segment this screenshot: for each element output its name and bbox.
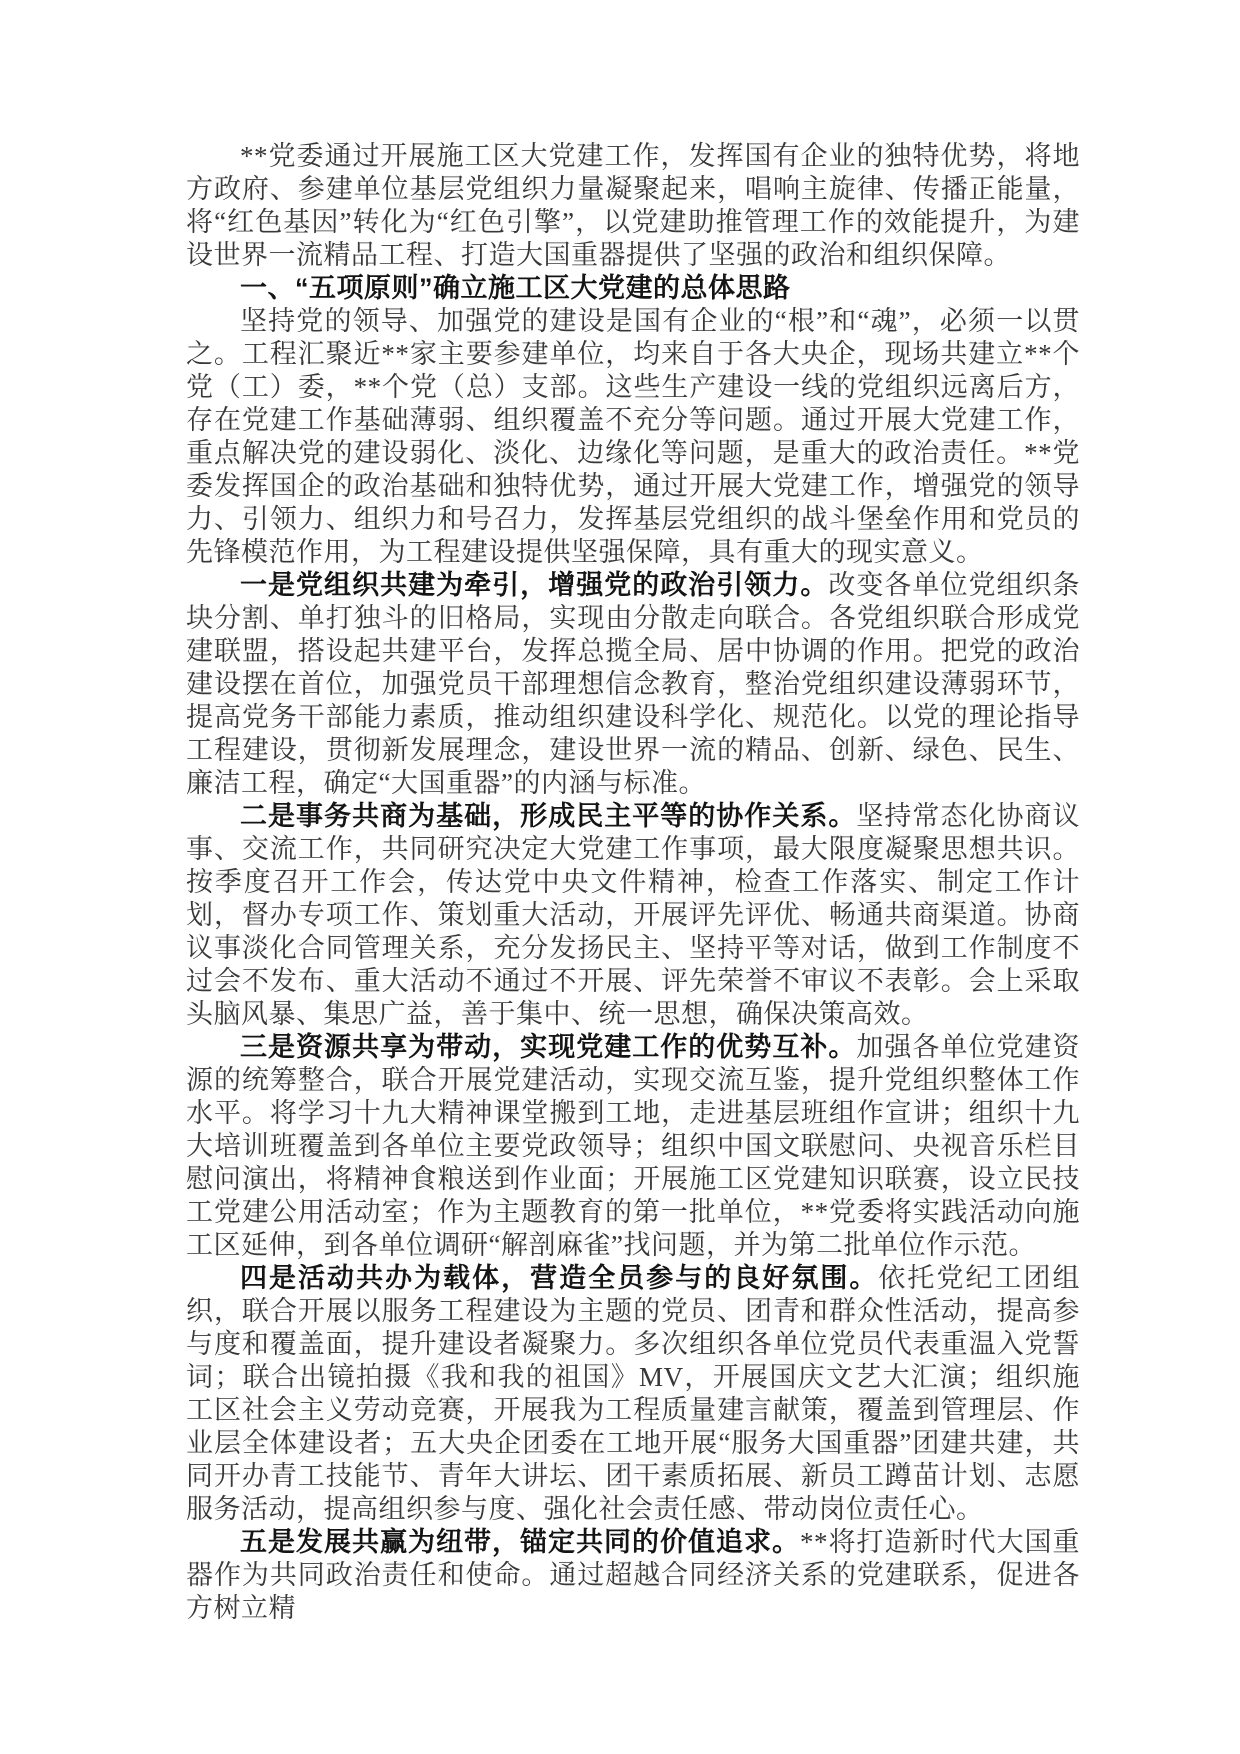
point-3-lead: 三是资源共享为带动，实现党建工作的优势互补。	[240, 1032, 856, 1062]
section-heading: 一、“五项原则”确立施工区大党建的总体思路	[186, 272, 1080, 305]
overview-paragraph: 坚持党的领导、加强党的建设是国有企业的“根”和“魂”，必须一以贯之。工程汇聚近*…	[186, 305, 1080, 569]
document-page: **党委通过开展施工区大党建工作，发挥国有企业的独特优势，将地方政府、参建单位基…	[0, 0, 1240, 1754]
point-paragraph-2: 二是事务共商为基础，形成民主平等的协作关系。坚持常态化协商议事、交流工作，共同研…	[186, 800, 1080, 1031]
document-body: **党委通过开展施工区大党建工作，发挥国有企业的独特优势，将地方政府、参建单位基…	[186, 140, 1080, 1625]
point-4-text: 依托党纪工团组织，联合开展以服务工程建设为主题的党员、团青和群众性活动，提高参与…	[186, 1263, 1080, 1524]
section-heading-text: 一、“五项原则”确立施工区大党建的总体思路	[240, 273, 791, 303]
point-2-text: 坚持常态化协商议事、交流工作，共同研究决定大党建工作事项，最大限度凝聚思想共识。…	[186, 801, 1080, 1029]
intro-paragraph: **党委通过开展施工区大党建工作，发挥国有企业的独特优势，将地方政府、参建单位基…	[186, 140, 1080, 272]
point-paragraph-4: 四是活动共办为载体，营造全员参与的良好氛围。依托党纪工团组织，联合开展以服务工程…	[186, 1262, 1080, 1526]
point-3-text: 加强各单位党建资源的统筹整合，联合开展党建活动，实现交流互鉴，提升党组织整体工作…	[186, 1032, 1080, 1260]
overview-text: 坚持党的领导、加强党的建设是国有企业的“根”和“魂”，必须一以贯之。工程汇聚近*…	[186, 306, 1080, 567]
point-2-lead: 二是事务共商为基础，形成民主平等的协作关系。	[240, 801, 856, 831]
point-paragraph-3: 三是资源共享为带动，实现党建工作的优势互补。加强各单位党建资源的统筹整合，联合开…	[186, 1031, 1080, 1262]
point-1-lead: 一是党组织共建为牵引，增强党的政治引领力。	[240, 570, 828, 600]
point-5-lead: 五是发展共赢为纽带，锚定共同的价值追求。	[240, 1527, 800, 1557]
point-4-lead: 四是活动共办为载体，营造全员参与的良好氛围。	[240, 1263, 878, 1293]
intro-text: **党委通过开展施工区大党建工作，发挥国有企业的独特优势，将地方政府、参建单位基…	[186, 141, 1080, 270]
point-paragraph-5: 五是发展共赢为纽带，锚定共同的价值追求。**将打造新时代大国重器作为共同政治责任…	[186, 1526, 1080, 1625]
point-paragraph-1: 一是党组织共建为牵引，增强党的政治引领力。改变各单位党组织条块分割、单打独斗的旧…	[186, 569, 1080, 800]
point-1-text: 改变各单位党组织条块分割、单打独斗的旧格局，实现由分散走向联合。各党组织联合形成…	[186, 570, 1080, 798]
